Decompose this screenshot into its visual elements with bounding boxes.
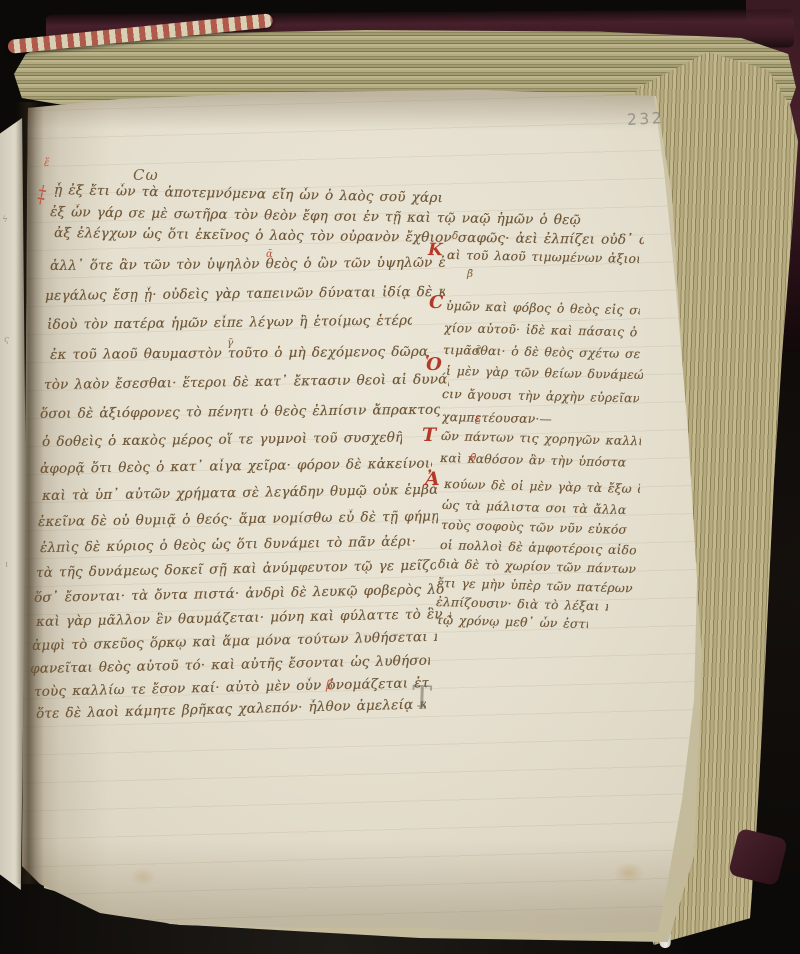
commentary-line: ϲιν ἄγουσι τὴν ἀρχὴν εὐρεῖαν καὶ xyxy=(442,387,639,407)
section-numeral: ε̄ xyxy=(475,415,481,427)
commentary-line: χίον αὐτοῦ· ἰδὲ καὶ πάσαις ὁ θεὸς xyxy=(444,321,638,341)
text-line: καὶ γὰρ μᾶλλον ἓν θαυμάζεται· μόνη καὶ φ… xyxy=(36,606,451,632)
rubric-initial: Ϲ xyxy=(429,292,443,313)
text-line: ἐκεῖνα δὲ οὐ θυμιᾷ ὁ θεός· ἅμα νομίσθω ε… xyxy=(38,508,438,532)
commentary-line: ὡς τὰ μάλιστα σοι τὰ ἄλλα ὑφ᾽ ἕν· xyxy=(442,498,632,519)
text-line: μεγάλως ἔσῃ ᾗ· οὐδεὶς γὰρ ταπεινῶν δύνατ… xyxy=(45,284,445,306)
text-line: ἀμφὶ τὸ σκεῦος ὅρκῳ καὶ ἅμα μόνα τούτων … xyxy=(32,629,437,656)
manuscript-photo: 232 ϟ ς ι ἕ ‡ Ϲω ᾗ ἐξ ἔτι ὧν τὰ ἀποτεμνό… xyxy=(0,0,800,954)
library-stamp: T xyxy=(411,680,432,716)
text-line: ἀλλ᾽ ὅτε ἂν τῶν τὸν ὑψηλὸν θεὸς ὁ ὢν τῶν… xyxy=(50,255,445,276)
text-line: φανεῖται θεὸς αὐτοῦ τό· καὶ αὐτῆς ἔσοντα… xyxy=(30,653,430,679)
margin-cross-mark: ‡ xyxy=(37,179,46,209)
commentary-line: τιμᾶσθαι· ὁ δὲ θεὸς σχέτω σε ξένῳ·— xyxy=(443,343,640,363)
showthrough-mark: ϟ xyxy=(2,215,8,225)
coronis-ornament: Ϲω xyxy=(133,166,159,184)
page-number: 232 xyxy=(627,109,665,129)
rubric-initial: Τ xyxy=(422,424,436,446)
text-line: ὅσ᾽ ἔσονται· τὰ ὄντα πιστά· ἀνδρὶ δὲ λευ… xyxy=(34,581,444,608)
text-line: ἐκ τοῦ λαοῦ θαυμαστὸν τοῦτο ὁ μὴ δεχόμεν… xyxy=(50,344,432,365)
commentary-line: ῶν πάντων τις χορηγῶν καλλίστων· xyxy=(441,429,641,450)
commentary-line: ὑμῶν καὶ φόβος ὁ θεὸς εἰς σέ με xyxy=(446,299,640,319)
text-line: ὁ δοθεὶς ὁ κακὸς μέρος οἵ τε γυμνοὶ τοῦ … xyxy=(42,430,402,452)
text-line: ἐλπὶς δὲ κύριος ὁ θεὸς ὡς ὅτι δυνάμει τὸ… xyxy=(40,533,435,558)
text-line: ἀφορᾷ ὅτι θεὸς ὁ κατ᾽ αἶγα χεῖρα· φόρον … xyxy=(40,456,432,479)
commentary-line: τοὺς σοφοὺς τῶν νῦν εὐκόσμως τε xyxy=(441,518,627,539)
commentary-line: διὰ δὲ τὸ χωρίον τῶν πάντων λόγῳ ἐκ σοῦ· xyxy=(438,557,636,578)
commentary-line: κούων δὲ οἱ μὲν γὰρ τὰ ἔξω ζῶσιν οἱ δέ· xyxy=(444,477,640,498)
text-layer: 232 ϟ ς ι ἕ ‡ Ϲω ᾗ ἐξ ἔτι ὧν τὰ ἀποτεμνό… xyxy=(0,0,800,954)
section-numeral: ϛ̄ xyxy=(475,344,481,356)
verse-number-mark: β́ xyxy=(326,678,333,692)
rubric-initial: Κ xyxy=(428,240,443,260)
commentary-line: τῷ χρόνῳ μεθ᾽ ὧν ἐστι·— xyxy=(436,613,588,633)
commentary-line: ἐλπίζουσιν· διὰ τὸ λέξαι καὶ xyxy=(436,595,608,615)
text-line: ὅσοι δὲ ἀξιόφρονες τὸ πένητι ὁ θεὸς ἐλπί… xyxy=(40,402,440,424)
showthrough-mark: ι xyxy=(5,560,9,570)
commentary-line: χαμπετέουσαν·— xyxy=(442,410,552,428)
commentary-line: ἱ μὲν γὰρ τῶν θείων δυνάμεών πω xyxy=(446,364,643,384)
rubric-initial: Ἀ xyxy=(425,468,440,490)
text-line: ἰδοὺ τὸν πατέρα ἡμῶν εἶπε λέγων ἢ ἑτοίμω… xyxy=(47,313,412,335)
commentary-line: αὶ τοῦ λαοῦ τιμωμένων ἀξιοῦται·— xyxy=(447,248,639,268)
rubric-initial: Ὁ xyxy=(425,354,442,375)
commentary-line: καὶ καθόσον ἂν τὴν ὑπόστασιν ᾖ· xyxy=(440,451,626,472)
text-line: καὶ τὰ ὑπ᾽ αὐτῶν χρήματα σὲ λεγάδην θυμῷ… xyxy=(42,482,437,506)
margin-mark: ἕ xyxy=(44,158,49,169)
text-line: τὸν λαὸν ἔσεσθαι· ἕτεροι δὲ κατ᾽ ἔκτασιν… xyxy=(44,371,449,395)
text-line: τὰ τῆς δυνάμεως δοκεῖ σῇ καὶ ἀνύμφευτον … xyxy=(36,557,436,583)
section-numeral: β̄ xyxy=(467,268,473,280)
showthrough-mark: ς xyxy=(4,335,9,345)
section-numeral: θ̄ xyxy=(470,452,476,464)
commentary-line: οἱ πολλοὶ δὲ ἀμφοτέροις αἰδοῖ καὶ δέει· xyxy=(440,538,636,559)
section-numeral: δ̄ xyxy=(452,230,458,242)
commentary-line: ἔτι γε μὴν ὑπὲρ τῶν πατέρων γίνεταί μοι· xyxy=(437,576,634,597)
